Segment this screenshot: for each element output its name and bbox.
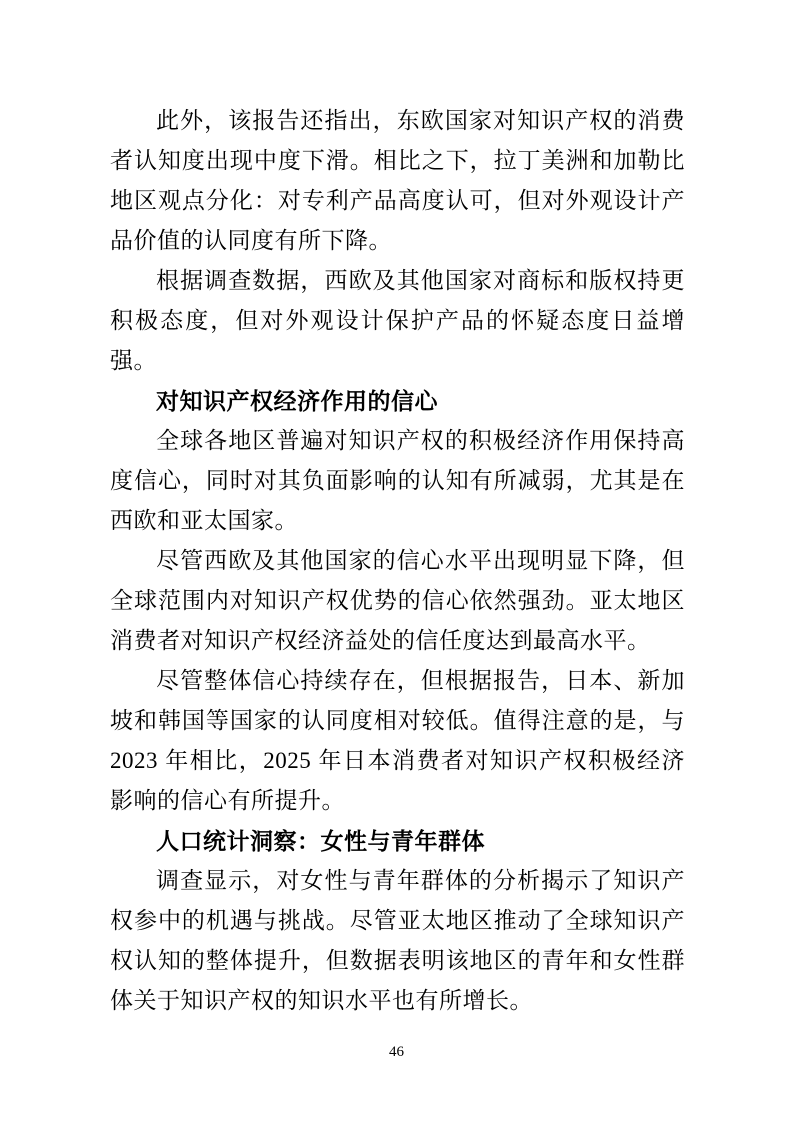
paragraph: 调查显示，对女性与青年群体的分析揭示了知识产权参中的机遇与挑战。尽管亚太地区推动… [110, 861, 685, 1021]
section-heading: 对知识产权经济作用的信心 [110, 381, 685, 421]
paragraph: 全球各地区普遍对知识产权的积极经济作用保持高度信心，同时对其负面影响的认知有所减… [110, 421, 685, 541]
paragraph: 尽管整体信心持续存在，但根据报告，日本、新加坡和韩国等国家的认同度相对较低。值得… [110, 661, 685, 821]
paragraph: 尽管西欧及其他国家的信心水平出现明显下降，但全球范围内对知识产权优势的信心依然强… [110, 541, 685, 661]
paragraph: 此外，该报告还指出，东欧国家对知识产权的消费者认知度出现中度下滑。相比之下，拉丁… [110, 101, 685, 261]
paragraph: 根据调查数据，西欧及其他国家对商标和版权持更积极态度，但对外观设计保护产品的怀疑… [110, 261, 685, 381]
document-page: 此外，该报告还指出，东欧国家对知识产权的消费者认知度出现中度下滑。相比之下，拉丁… [0, 0, 793, 1122]
section-heading: 人口统计洞察：女性与青年群体 [110, 821, 685, 861]
page-number: 46 [0, 1042, 793, 1062]
document-body: 此外，该报告还指出，东欧国家对知识产权的消费者认知度出现中度下滑。相比之下，拉丁… [110, 101, 685, 1021]
